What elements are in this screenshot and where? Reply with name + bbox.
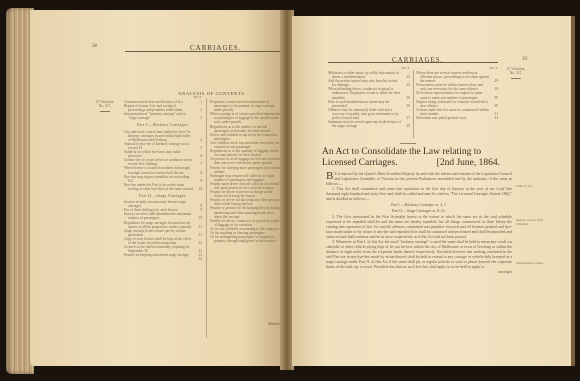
toc-entry-section: 26 (402, 96, 410, 100)
toc-entry-section: 12 (194, 241, 202, 245)
toc-entry-text: Or for endangering passengers' or employ… (210, 235, 282, 243)
toc-entry-text: Penalty upon driver and toll collector f… (210, 182, 282, 190)
toc-entry-section: 10 (194, 187, 202, 191)
margin-note-3: Interpretation clause. (516, 261, 556, 265)
toc-entry-text: Justices on view shall determine the max… (124, 212, 194, 220)
toc-entry: Passenger may require toll collector to … (210, 174, 290, 182)
toc-entry: Bye-law under this Part to be on the sam… (124, 183, 202, 191)
left-head-rule (125, 51, 280, 52)
toc-entry: Justices on view shall determine the max… (124, 212, 202, 220)
toc-entry-text: Proprietor's name inserted and number of… (210, 100, 282, 112)
toc-entry-section: 1 (194, 100, 202, 104)
left-sidenote: 27 Victoriae, No. 217. (85, 100, 125, 112)
left-page-number: 38 (92, 44, 97, 49)
toc-entry-text: Licence fee of owner driver or conductor… (124, 158, 194, 166)
toc-entry-text: Penalty for carrying more passengers tha… (210, 166, 282, 174)
toc-entry-text (124, 257, 194, 261)
right-page-edge (571, 16, 575, 366)
toc-entry: City and town council may make bye-laws … (124, 130, 202, 142)
toc-entry: Malicious or other injury by wilful misc… (328, 71, 410, 79)
toc-entry-text: Neglect being continued for a month cons… (416, 100, 490, 108)
right-catchword: carriages (326, 270, 512, 275)
toc-entry-text: No licensee representation for neglect t… (416, 91, 490, 99)
toc-entry: Summons may be served upon any book-keep… (328, 120, 410, 128)
toc-entry-section: 3 (194, 116, 202, 120)
right-head-rule (328, 62, 498, 63)
toc-entry-text: How is such misdemeanour owner may be pr… (328, 100, 402, 108)
toc-entry-section: 26 (402, 104, 410, 108)
toc-entry-text: Regulations as to the quantity of luggag… (210, 149, 282, 157)
toc-entry: No person to sit on luggage on roof and … (210, 157, 290, 165)
toc-title: ANALYSIS OF CONTENTS. (178, 91, 246, 96)
toc-entry-text: Annual licence fee of hackney carriage n… (124, 142, 194, 150)
toc-column-2: SECT. Proprietor's name inserted and num… (210, 100, 290, 243)
toc-entry: Justices in petty sessions may license s… (124, 200, 202, 208)
toc-entry-text: Penalty on driver, conductor, or guard f… (210, 219, 282, 227)
section-2: 2. The Acts mentioned in the First Sched… (326, 215, 512, 240)
toc-entry: Prosecutions must be within fourteen day… (416, 83, 498, 91)
column-divider (206, 98, 207, 338)
toc-entry-section: 32 (490, 116, 498, 120)
toc-entry: Proprietor's name inserted and number of… (210, 100, 290, 112)
toc-entry-text: Regulation for stage carriages licensed … (124, 221, 194, 229)
toc-entry-text: Regulations as to the number of outside … (210, 125, 282, 133)
toc-entry-text: Driver and children in lap not to be cou… (210, 133, 282, 141)
toc-entry-text: Actions under this Act must be commenced… (416, 108, 490, 116)
toc-entry: Copy of each licence shall be kept at th… (124, 237, 202, 245)
section-1: 1. This Act shall commence and come into… (326, 187, 512, 202)
toc-entry-text: City and town council may make bye-laws … (124, 130, 194, 142)
toc-entry-text: Penalty on driver for allowing any other… (210, 198, 282, 206)
toc-entry-section: 6 (194, 154, 202, 158)
toc-entry: Two children not in lap and under seven … (210, 141, 290, 149)
toc-entry-text: Bye-law may impose penalties not exceedi… (124, 175, 194, 183)
toc-part-heading: Part I.—Hackney Carriages. (124, 123, 202, 127)
toc-entry-text: Bye-law under this Part to be on the sam… (124, 183, 194, 191)
toc-entry: And the person injured may also have his… (328, 79, 410, 87)
act-date: [2nd June, 1864. (437, 158, 500, 169)
toc-entry-text: Where there are several owners resident … (416, 71, 490, 83)
toc-entry: Bye-law may impose penalties not exceedi… (124, 175, 202, 183)
toc-entry-section: 27 (402, 116, 410, 120)
toc-entry-text: When licence is issued to resident in bo… (124, 166, 194, 174)
toc-entry: Subjects for which bye-laws may make pro… (124, 150, 202, 158)
toc-entry: Penalty on driver for allowing any other… (210, 198, 290, 206)
toc-entry: Driver and children in lap not to be cou… (210, 133, 290, 141)
right-sidenote: 27 Victoriae, No. 217. (496, 67, 536, 79)
toc-entry: Regulation for stage carriages licensed … (124, 221, 202, 229)
toc-entry-section: 10 (194, 216, 202, 220)
toc-entry: When carriage is of certain specified di… (210, 112, 290, 124)
toc-entry: Actions under this Act must be commenced… (416, 108, 498, 116)
toc-entry: Penalty upon driver and toll collector f… (210, 182, 290, 190)
toc-entry-text: Malicious or other injury by wilful misc… (328, 71, 402, 79)
toc-entry: Interpretation of "hackney carriage" and… (124, 112, 202, 120)
open-book: 38 CARRIAGES. 27 Victoriae, No. 217. ANA… (0, 0, 580, 381)
toc-entry-text: Passenger may require toll collector to … (210, 174, 282, 182)
toc-entry-section: 9 (194, 208, 202, 212)
toc-entry-section: 11 (194, 233, 202, 237)
toc-part-heading: Part II.—Stage Carriages. (124, 194, 202, 198)
toc-entry: When offending driver, conductor or guar… (328, 87, 410, 99)
toc-entry: Annual licence fee of hackney carriage n… (124, 142, 202, 150)
toc-entry-section: 5 (194, 146, 202, 150)
toc-entry: Neglect being continued for a month cons… (416, 100, 498, 108)
toc-entry: Where there are several owners resident … (416, 71, 498, 83)
preamble: BE it enacted by the Queen's Most Excell… (326, 172, 512, 187)
toc-entry: Repeal of former Acts and saving of proc… (124, 104, 202, 112)
toc-entry-section: 4 (194, 138, 202, 142)
toc-entry-text: When offending driver, conductor or guar… (328, 87, 402, 99)
toc-entry-text: Prosecutions must be within fourteen day… (416, 83, 490, 91)
toc-entry-text: Penalty or ground for discharging driver… (210, 206, 282, 218)
toc-entry-text: And the person injured may also have his… (328, 79, 402, 87)
toc-entry-section: 30 (490, 87, 498, 91)
toc-entry-section: 2 (194, 108, 202, 112)
toc-entry-section: 30 (490, 104, 498, 108)
toc-entry-text: Copy of each licence shall be kept at th… (124, 237, 194, 245)
toc-entry: Or for endangering passengers' or employ… (210, 235, 290, 243)
toc-entry: Defendant may plead general issue32 (416, 116, 498, 120)
toc-entry-text: Defendant may plead general issue (416, 116, 490, 120)
part-1-ref: Part I.—Hackney Carriages ss. 4–7. (326, 203, 512, 208)
toc-entry-section: 30 (490, 96, 498, 100)
toc-entry: Regulations as to the number of outside … (210, 125, 290, 133)
column-divider-right (413, 70, 414, 138)
toc-entry: When licence is issued to resident in bo… (124, 166, 202, 174)
toc-entry-section: 7 (194, 162, 202, 166)
toc-entry-text: Summons may be served upon any book-keep… (328, 120, 402, 128)
margin-note-1: Time of Act. (516, 184, 556, 188)
toc-entry-text: Offences may be summarily dealt with and… (328, 108, 402, 120)
toc-entry-section: 11 (194, 225, 202, 229)
toc-entry: Penalty for carrying more passengers tha… (210, 166, 290, 174)
margin-note-2: Repeal of Acts. First Schedule. (516, 218, 556, 226)
toc-entry-section: 25 (402, 83, 410, 87)
toc-entry-text: Stage carriage licence must specify cert… (124, 229, 194, 237)
toc-entry-text: Two children not in lap and under seven … (210, 141, 282, 149)
toc-entry-text: Repeal of former Acts and saving of proc… (124, 104, 194, 112)
toc-entry-section: 8 (194, 171, 202, 175)
toc-entry-section: 14 (194, 257, 202, 261)
section-3: 3. Whenever in Part I. of this Act the w… (326, 240, 512, 270)
toc-entry: No licensee representation for neglect t… (416, 91, 498, 99)
toc-entry: Penalty on driver or person in charge of… (210, 190, 290, 198)
toc-entry-text: Interpretation of "hackney carriage" and… (124, 112, 194, 120)
toc-column-4: SECT. Where there are several owners res… (416, 71, 498, 120)
toc-entry-text: When carriage is of certain specified di… (210, 112, 282, 124)
toc-entry-section: 29 (490, 79, 498, 83)
toc-entry-text: Justices in petty sessions may license s… (124, 200, 194, 208)
toc-entry: Regulations as to the quantity of luggag… (210, 149, 290, 157)
toc-entry: Penalty on driver, conductor, or guard f… (210, 219, 290, 227)
toc-entry: Offences may be summarily dealt with and… (328, 108, 410, 120)
separator-rule (400, 143, 416, 144)
toc-entry-text: No person to sit on luggage on roof and … (210, 157, 282, 165)
part-2-ref: Part II.—Stage Carriages ss. 8–31. (326, 209, 512, 214)
act-title: An Act to Consolidate the Law relating t… (322, 147, 500, 169)
toc-entry-section: 25 (402, 75, 410, 79)
toc-column-3: SECT. Malicious or other injury by wilfu… (328, 71, 410, 128)
toc-entry: Licence fee of owner driver or conductor… (124, 158, 202, 166)
toc-entry: 14 (124, 257, 202, 261)
toc-entry: Stage carriage licence must specify cert… (124, 229, 202, 237)
toc-entry: Penalty or ground for discharging driver… (210, 206, 290, 218)
toc-entry-text: Licences to be renewed annually, expirin… (124, 245, 194, 253)
toc-entry-section: 9 (194, 179, 202, 183)
act-body: BE it enacted by the Queen's Most Excell… (326, 172, 512, 275)
toc-column-1: SECT. Commencement date and division of … (124, 100, 202, 261)
right-page-number: 39 (522, 57, 527, 62)
toc-entry-text: Penalty on driver or person in charge of… (210, 190, 282, 198)
toc-entry-section: 28 (402, 124, 410, 128)
toc-entry: How is such misdemeanour owner may be pr… (328, 100, 410, 108)
toc-entry: Licences to be renewed annually, expirin… (124, 245, 202, 253)
toc-entry-text: Subjects for which bye-laws may make pro… (124, 150, 194, 158)
